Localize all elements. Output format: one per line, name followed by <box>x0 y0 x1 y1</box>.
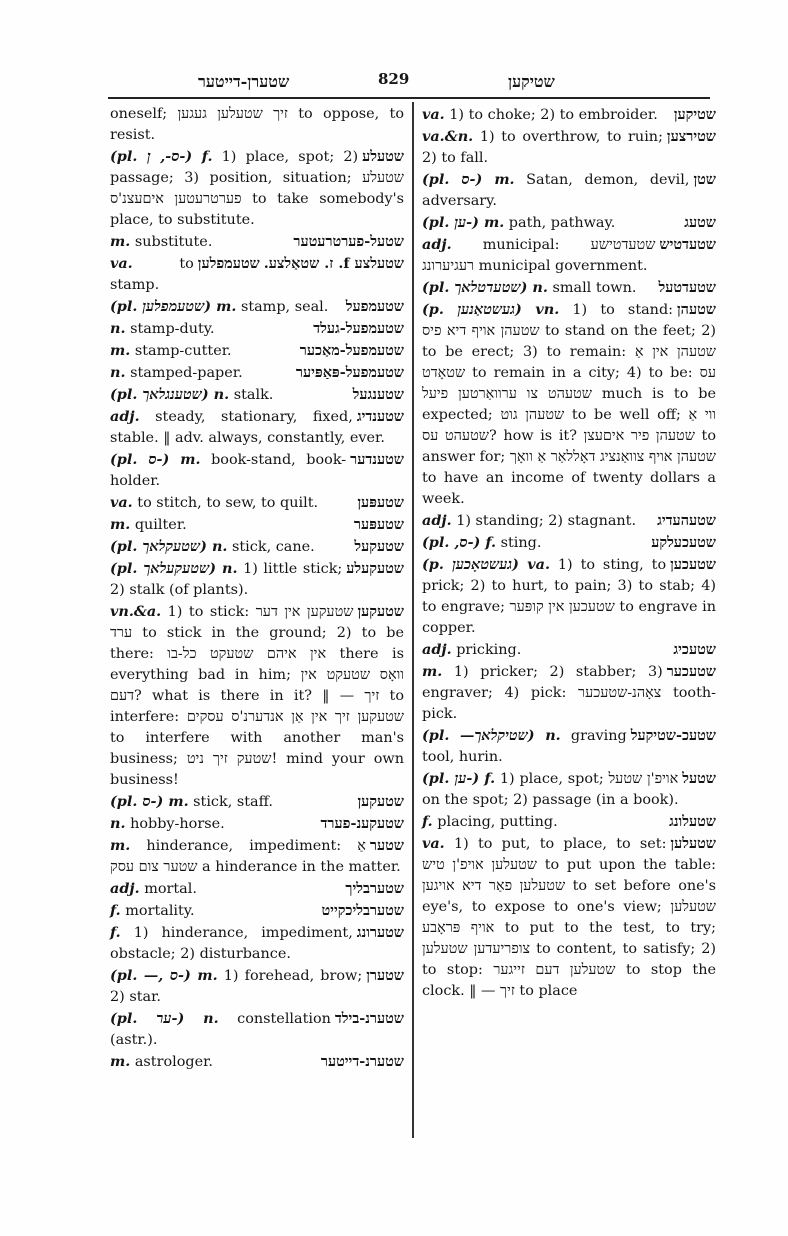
dictionary-entry: שטעהעדיגadj. 1) standing; 2) stagnant. <box>422 510 716 532</box>
entry-grammar: (pl. שטעקעלאך) n. <box>110 560 238 577</box>
entry-definition: stalk. <box>234 387 274 403</box>
entry-grammar: f. <box>422 813 433 830</box>
entry-headword: שטעדטעל <box>658 277 716 298</box>
entry-definition: 1) standing; 2) stagnant. <box>456 513 636 529</box>
entry-headword: שטעמפעל <box>346 296 404 317</box>
entry-grammar: adj. <box>422 641 452 658</box>
entry-headword: שטעקענ-פערד <box>321 813 404 834</box>
dictionary-entry: שטעלונגf. placing, putting. <box>422 811 716 833</box>
dictionary-entry: שטעקען(pl. ס-) m. stick, staff. <box>110 791 404 813</box>
entry-headword: שטעפּער <box>354 514 404 535</box>
entry-grammar: (pl. שטעדטלאך) n. <box>422 279 548 296</box>
entry-grammar: n. <box>110 364 125 381</box>
page-number: 829 <box>378 70 409 88</box>
entry-definition: small town. <box>552 280 636 296</box>
header-rule <box>108 97 710 99</box>
entry-definition: astrologer. <box>135 1054 213 1070</box>
entry-grammar: (pl. שטעקלאך) n. <box>110 538 227 555</box>
entry-grammar: f. <box>110 902 121 919</box>
entry-definition: 1) hinderance, impediment, obstacle; 2) … <box>110 925 353 962</box>
entry-headword: שטערבליכקייט <box>321 900 404 921</box>
entry-grammar: n. <box>110 320 125 337</box>
entry-grammar: va. <box>110 494 133 511</box>
entry-grammar: adj. <box>110 408 140 425</box>
entry-headword: שטעמפעל-געלד <box>313 318 404 339</box>
dictionary-entry: שטעלעןva. 1) to put, to place, to set: ש… <box>422 833 716 1002</box>
entry-definition: mortality. <box>125 903 194 919</box>
entry-definition: steady, stationary, fixed, stable. ‖ adv… <box>110 409 385 446</box>
dictionary-entry: שטן(pl. ס-) m. Satan, demon, devil, adve… <box>422 169 716 212</box>
entry-definition: path, pathway. <box>509 215 616 231</box>
dictionary-entry: שטעקעלע(pl. שטעקעלאך) n. 1) little stick… <box>110 558 404 601</box>
dictionary-entry: שטעל-פערטרעטערm. substitute. <box>110 231 404 253</box>
dictionary-entry: שטעלע(pl. ס-, ן-) f. 1) place, spot; 2) … <box>110 146 404 231</box>
entry-headword: שטעמפעל-פּאַפּיער <box>296 362 404 383</box>
dictionary-entry: שטערבליכקייטf. mortality. <box>110 900 404 922</box>
entry-definition: hobby-horse. <box>130 816 225 832</box>
dictionary-entry: שטעהן(p. געשטאַנען) vn. 1) to stand: שטע… <box>422 299 716 510</box>
entry-grammar: m. <box>110 233 130 250</box>
entry-definition: stamped-paper. <box>130 365 243 381</box>
entry-grammar: (pl. ס-) m. <box>110 451 201 468</box>
entry-grammar: m. <box>110 1053 130 1070</box>
entry-headword: שטערונג <box>357 922 404 943</box>
dictionary-entry: שטערm. hinderance, impediment: אַ שטער צ… <box>110 835 404 878</box>
dictionary-entry: שטירצעןva.&n. 1) to overthrow, to ruin; … <box>422 126 716 169</box>
dictionary-entry: שטעמפעל-פּאַפּיערn. stamped-paper. <box>110 362 404 384</box>
entry-definition: sting. <box>501 535 542 551</box>
entry-headword: שטערן <box>366 965 404 986</box>
left-column: oneself; זיך שטעלען געגען to oppose, to … <box>110 104 404 1073</box>
entry-grammar: m. <box>422 663 442 680</box>
entry-grammar: (pl. ס-) m. <box>422 171 515 188</box>
entry-headword: שטעלונג <box>669 811 716 832</box>
dictionary-entry: שטעקענ-פערדn. hobby-horse. <box>110 813 404 835</box>
entry-grammar: m. <box>110 342 130 359</box>
entry-headword: שטעל <box>682 768 716 789</box>
entry-grammar: (p. געשטאַנען) vn. <box>422 301 559 318</box>
page-header: שטערן-דייטער 829 שטיקען <box>108 70 710 94</box>
dictionary-entry: שטערונגf. 1) hinderance, impediment, obs… <box>110 922 404 965</box>
entry-grammar: (pl. ען-) f. <box>422 770 495 787</box>
entry-definition: quilter. <box>135 517 187 533</box>
entry-grammar: (pl. ס-) m. <box>110 793 189 810</box>
entry-headword: שטירצען <box>667 126 716 147</box>
dictionary-entry: שטעכיגadj. pricking. <box>422 639 716 661</box>
entry-headword: שטעקען <box>357 791 404 812</box>
dictionary-entry: שטערבליךadj. mortal. <box>110 878 404 900</box>
dictionary-entry: שטעדטעל(pl. שטעדטלאך) n. small town. <box>422 277 716 299</box>
entry-grammar: adj. <box>110 880 140 897</box>
entry-headword: שטעל-פערטרעטער <box>293 231 404 252</box>
entry-headword: שטעהן <box>677 299 716 320</box>
entry-headword: שטערנ-בילד <box>335 1008 404 1029</box>
dictionary-entry: שטערן(pl. —, ס-) m. 1) forehead, brow; 2… <box>110 965 404 1008</box>
entry-definition: stamp, seal. <box>241 299 328 315</box>
entry-definition: stick, staff. <box>193 794 273 810</box>
dictionary-entry: שטעמפעל-געלדn. stamp-duty. <box>110 318 404 340</box>
dictionary-entry: שטעג(pl. ען-) m. path, pathway. <box>422 212 716 234</box>
entry-headword: שטעהעדיג <box>657 510 716 531</box>
entry-headword: שטיקען <box>674 104 716 125</box>
dictionary-entry: שטענדער(pl. ס-) m. book-stand, book-hold… <box>110 449 404 492</box>
right-running-head: שטיקען <box>508 72 555 92</box>
entry-headword: שטעג <box>684 212 716 233</box>
entry-definition: mortal. <box>144 881 197 897</box>
dictionary-entry: שטעכען(p. געשטאָכען) va. 1) to sting, to… <box>422 554 716 639</box>
entry-definition: stamp-cutter. <box>135 343 232 359</box>
entry-grammar: adj. <box>422 236 452 253</box>
entry-definition: 1) to put, to place, to set: שטעלען אויפ… <box>422 836 716 999</box>
entry-headword: שטעדטיש <box>659 234 716 255</box>
entry-headword: שטעקעלע <box>346 558 404 579</box>
entry-grammar: f. <box>110 924 121 941</box>
entry-grammar: (pl. שטעמפלען) m. <box>110 298 236 315</box>
dictionary-entry: שטעכעלקע(pl. ,ס-) f. sting. <box>422 532 716 554</box>
entry-headword: שטעכ-שטיקעל <box>631 725 716 746</box>
entry-grammar: (p. געשטאָכען) va. <box>422 556 550 573</box>
dictionary-entry: oneself; זיך שטעלען געגען to oppose, to … <box>110 104 404 146</box>
entry-definition: 1) to stand: שטעהן אויף דיא פיס to stand… <box>422 302 716 507</box>
entry-headword: שטענדער <box>350 449 404 470</box>
entry-definition: 1) to stick: שטעקען אין דער ערד to stick… <box>110 604 404 788</box>
entry-grammar: adj. <box>422 512 452 529</box>
entry-definition: pricking. <box>456 642 521 658</box>
entry-headword: שטעכעלקע <box>651 532 716 553</box>
entry-headword: שטעכער <box>667 661 716 682</box>
dictionary-entry: שטעכערm. 1) pricker; 2) stabber; 3) engr… <box>422 661 716 725</box>
entry-definition: placing, putting. <box>437 814 557 830</box>
right-column: שטיקעןva. 1) to choke; 2) to embroider.ש… <box>422 104 716 1002</box>
dictionary-entry: שטעל(pl. ען-) f. 1) place, spot; אויפ'ן … <box>422 768 716 811</box>
entry-headword: שטערנ-דייטער <box>321 1051 404 1072</box>
entry-grammar: vn.&a. <box>110 603 161 620</box>
entry-headword: שטעכיג <box>673 639 716 660</box>
dictionary-entry: שטענגעל(pl. שטענגלאך) n. stalk. <box>110 384 404 406</box>
entry-headword: שטענדיג <box>357 406 404 427</box>
entry-headword: שטעקעל <box>354 536 404 557</box>
dictionary-entry: שטיקעןva. 1) to choke; 2) to embroider. <box>422 104 716 126</box>
entry-grammar: (pl. ען-) m. <box>422 214 504 231</box>
entry-headword: שטעמפעל-מאַכער <box>300 340 404 361</box>
entry-headword: שטענגעל <box>353 384 404 405</box>
entry-headword: שטעמפלען <box>198 253 260 274</box>
left-running-head: שטערן-דייטער <box>198 72 289 92</box>
dictionary-entry: שטענדיגadj. steady, stationary, fixed, s… <box>110 406 404 449</box>
entry-grammar: (pl. ס-, ן-) f. <box>110 148 212 165</box>
entry-grammar: (pl. —שטיקלאך) n. <box>422 727 561 744</box>
dictionary-page: שטערן-דייטער 829 שטיקען oneself; זיך שטע… <box>0 0 788 1236</box>
entry-grammar: (pl. שטענגלאך) n. <box>110 386 229 403</box>
dictionary-entry: שטעפּעןva. to stitch, to sew, to quilt. <box>110 492 404 514</box>
dictionary-entry: שטעקעןvn.&a. 1) to stick: שטעקען אין דער… <box>110 601 404 791</box>
entry-grammar: m. <box>110 837 130 854</box>
entry-definition: stick, cane. <box>232 539 315 555</box>
entry-headword: שטעקען <box>357 601 404 622</box>
dictionary-entry: שטעכ-שטיקעל(pl. —שטיקלאך) n. graving too… <box>422 725 716 768</box>
dictionary-entry: שטעמפעל(pl. שטעמפלען) m. stamp, seal. <box>110 296 404 318</box>
entry-headword: שטערבליך <box>345 878 404 899</box>
entry-grammar: m. <box>110 516 130 533</box>
entry-grammar: n. <box>110 815 125 832</box>
entry-grammar: (pl. —, ס-) m. <box>110 967 218 984</box>
entry-headword: שטעכען <box>670 554 716 575</box>
entry-headword: שטעפּען <box>357 492 404 513</box>
entry-grammar: (pl. ער-) n. <box>110 1010 219 1027</box>
entry-definition: substitute. <box>135 234 213 250</box>
entry-headword: שטעלצע f. ז. שטאַלצע. <box>264 253 404 274</box>
entry-definition: municipal: שטעדטישע רעגיערונג municipal … <box>422 237 655 274</box>
entry-grammar: va.&n. <box>422 128 473 145</box>
entry-headword: שטעלען <box>670 833 716 854</box>
dictionary-entry: שטעדטישadj. municipal: שטעדטישע רעגיערונ… <box>422 234 716 277</box>
entry-headword: שטן <box>693 169 716 190</box>
entry-definition: oneself; זיך שטעלען געגען to oppose, to … <box>110 106 404 143</box>
entry-headword: שטעלע <box>362 146 404 167</box>
dictionary-entry: שטעקעל(pl. שטעקלאך) n. stick, cane. <box>110 536 404 558</box>
dictionary-entry: שטעמפעל-מאַכערm. stamp-cutter. <box>110 340 404 362</box>
column-divider <box>412 102 414 1138</box>
entry-definition: 1) to choke; 2) to embroider. <box>449 107 658 123</box>
dictionary-entry: שטערנ-בילד(pl. ער-) n. constellation (as… <box>110 1008 404 1051</box>
dictionary-entry: שטערנ-דייטערm. astrologer. <box>110 1051 404 1073</box>
entry-definition: stamp-duty. <box>130 321 215 337</box>
entry-definition: hinderance, impediment: אַ שטער צום עסק … <box>110 838 401 875</box>
dictionary-entry: שטעפּערm. quilter. <box>110 514 404 536</box>
entry-grammar: va. <box>422 835 445 852</box>
entry-definition: to stitch, to sew, to quilt. <box>137 495 318 511</box>
entry-headword: שטער <box>370 835 404 856</box>
entry-grammar: va. <box>422 106 445 123</box>
entry-grammar: va. <box>110 255 133 272</box>
entry-grammar: (pl. ,ס-) f. <box>422 534 496 551</box>
